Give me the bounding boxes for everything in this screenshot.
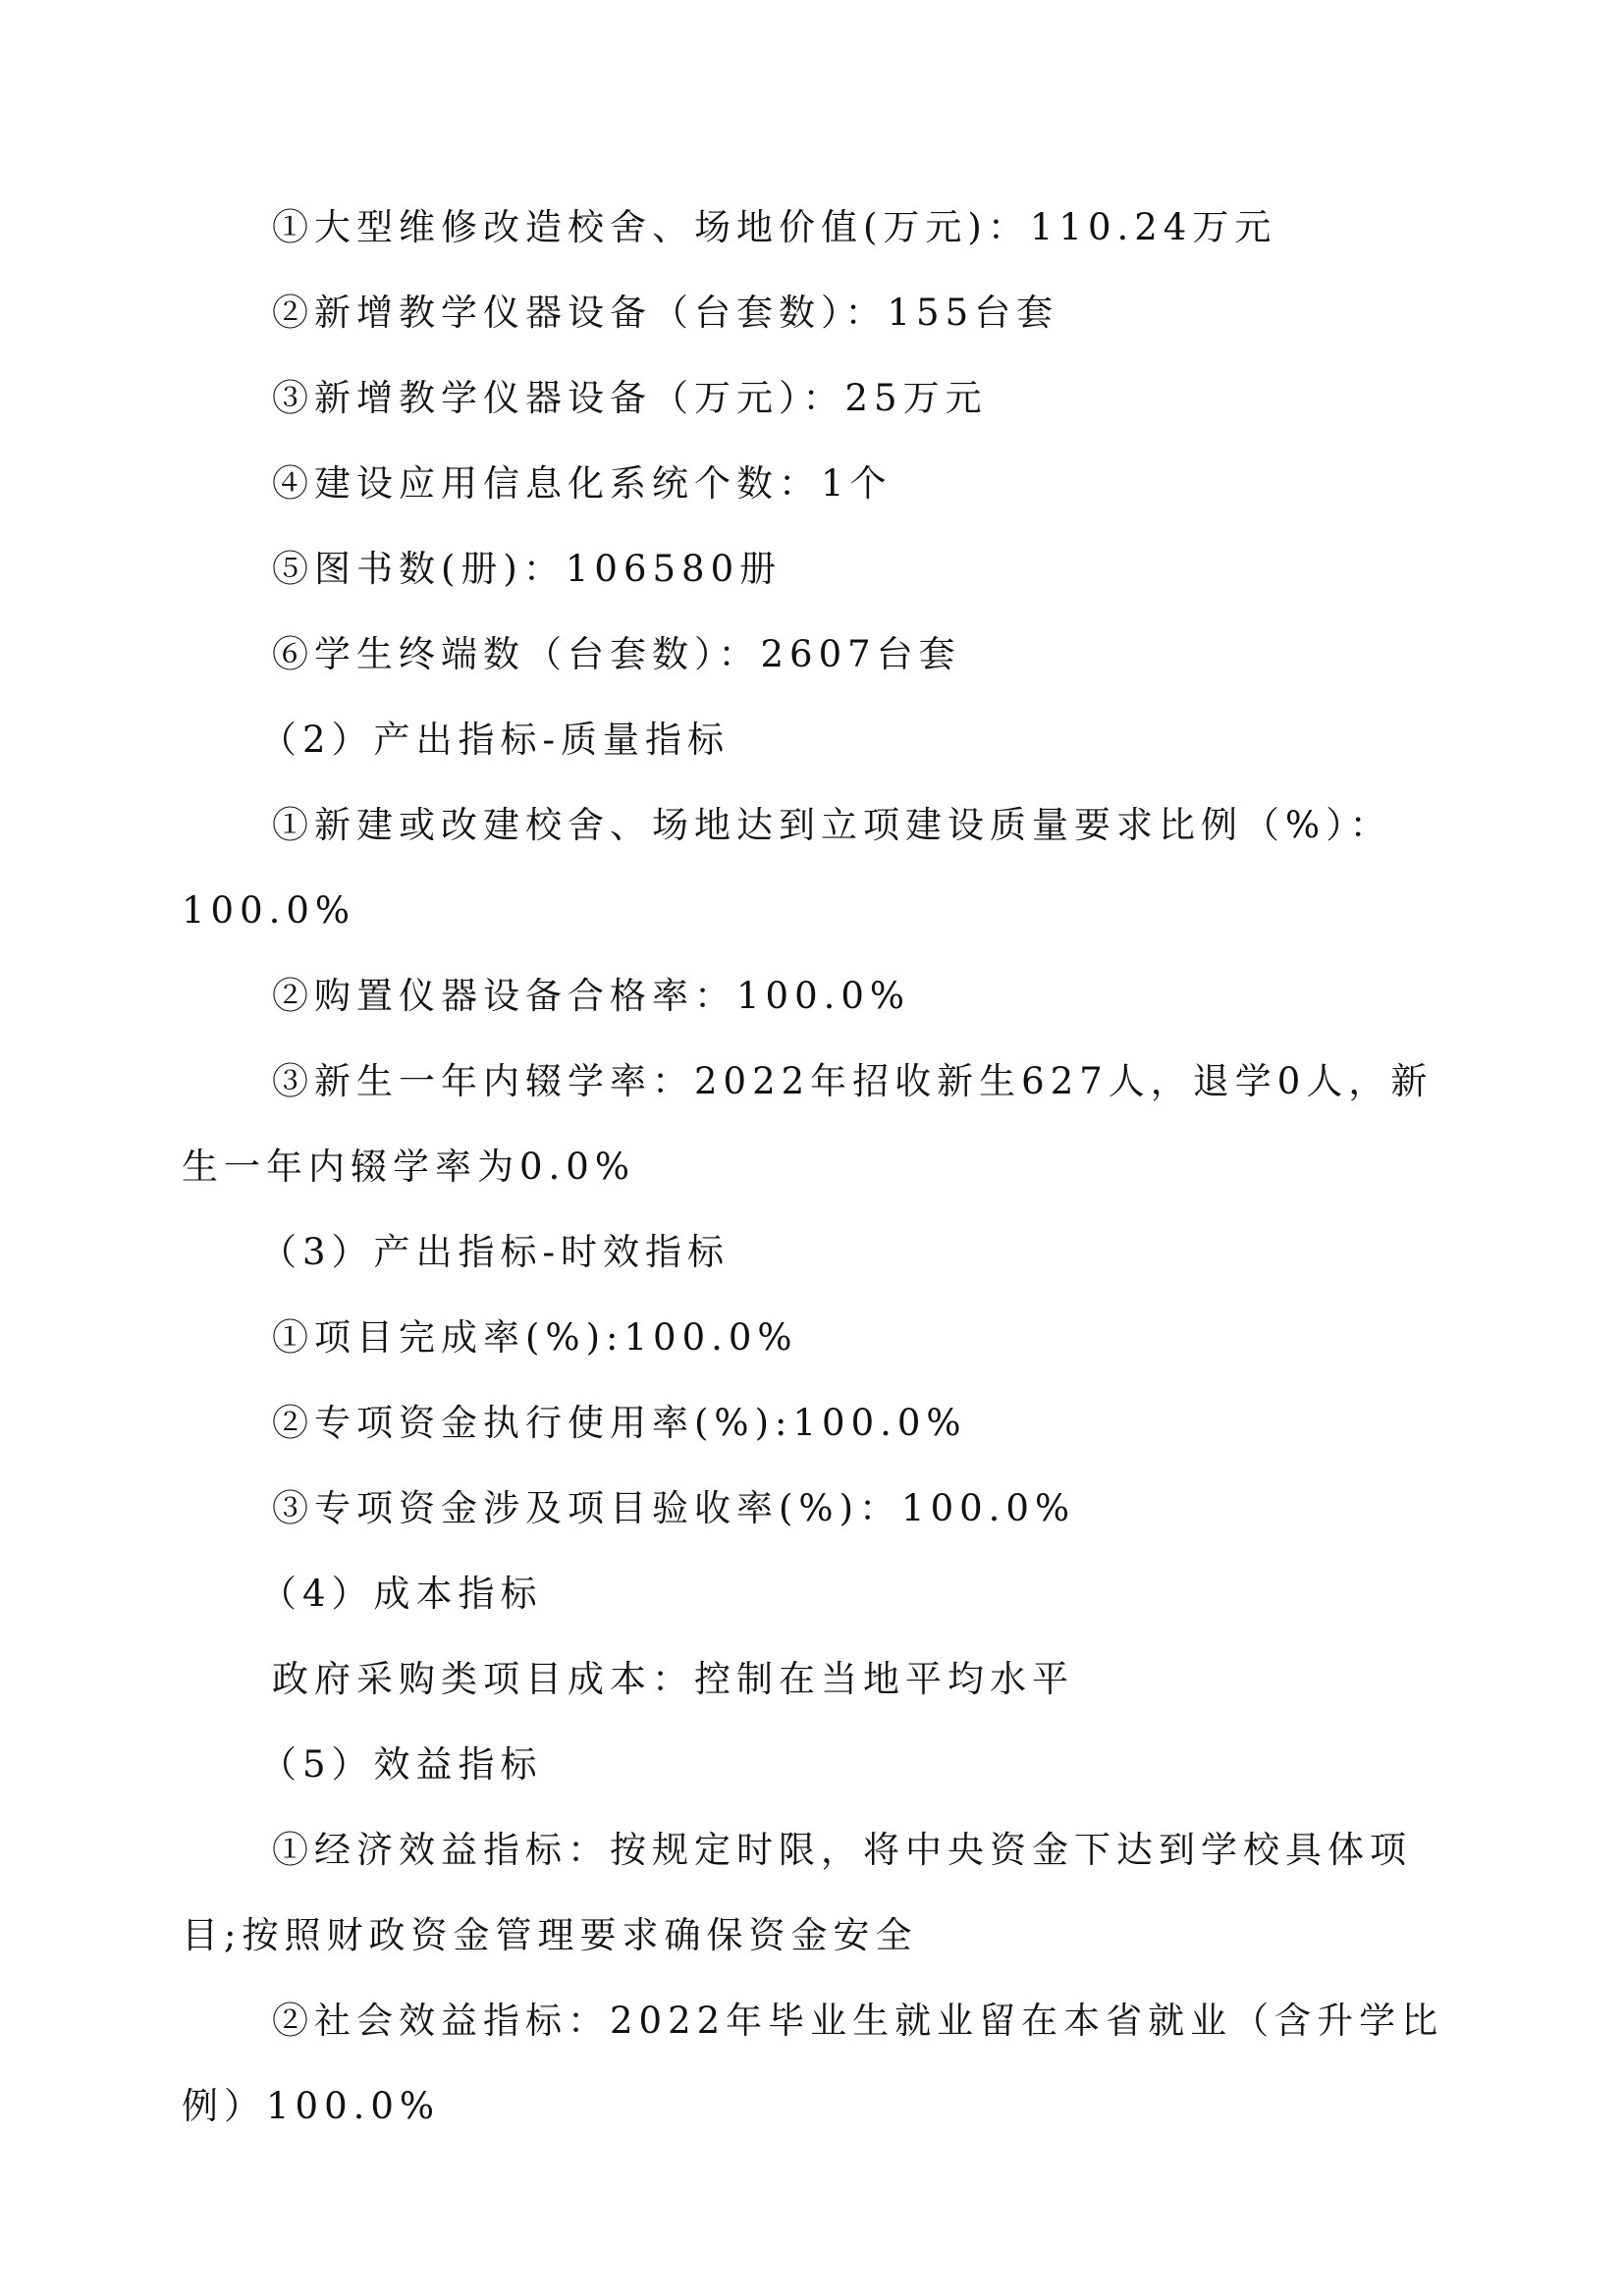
item-construction-quality: ①新建或改建校舍、场地达到立项建设质量要求比例（%）： (182, 782, 1458, 868)
item-economic-benefit-cont: 目;按照财政资金管理要求确保资金安全 (182, 1893, 1458, 1978)
section-heading-cost: （4）成本指标 (182, 1551, 1458, 1636)
item-books: ⑤图书数(册)：106580册 (182, 526, 1458, 612)
section-heading-benefit: （5）效益指标 (182, 1722, 1458, 1807)
section-heading-timeliness: （3）产出指标-时效指标 (182, 1209, 1458, 1295)
item-economic-benefit: ①经济效益指标：按规定时限，将中央资金下达到学校具体项 (182, 1807, 1458, 1893)
item-info-systems: ④建设应用信息化系统个数：1个 (182, 441, 1458, 526)
item-renovation-value: ①大型维修改造校舍、场地价值(万元)：110.24万元 (182, 185, 1458, 270)
item-social-benefit: ②社会效益指标：2022年毕业生就业留在本省就业（含升学比 (182, 1978, 1458, 2063)
item-dropout-rate: ③新生一年内辍学率：2022年招收新生627人，退学0人，新 (182, 1039, 1458, 1124)
item-equipment-pass-rate: ②购置仪器设备合格率：100.0% (182, 953, 1458, 1039)
item-acceptance-rate: ③专项资金涉及项目验收率(%)：100.0% (182, 1466, 1458, 1551)
item-equipment-sets: ②新增教学仪器设备（台套数）：155台套 (182, 270, 1458, 355)
item-completion-rate: ①项目完成率(%):100.0% (182, 1295, 1458, 1380)
item-social-benefit-cont: 例）100.0% (182, 2063, 1458, 2149)
item-fund-execution-rate: ②专项资金执行使用率(%):100.0% (182, 1380, 1458, 1466)
item-dropout-rate-cont: 生一年内辍学率为0.0% (182, 1124, 1458, 1209)
item-equipment-value: ③新增教学仪器设备（万元）：25万元 (182, 355, 1458, 441)
document-page: ①大型维修改造校舍、场地价值(万元)：110.24万元 ②新增教学仪器设备（台套… (182, 185, 1458, 2149)
item-construction-quality-cont: 100.0% (182, 868, 1458, 953)
item-procurement-cost: 政府采购类项目成本：控制在当地平均水平 (182, 1636, 1458, 1722)
item-student-terminals: ⑥学生终端数（台套数）：2607台套 (182, 612, 1458, 697)
section-heading-quality: （2）产出指标-质量指标 (182, 697, 1458, 782)
